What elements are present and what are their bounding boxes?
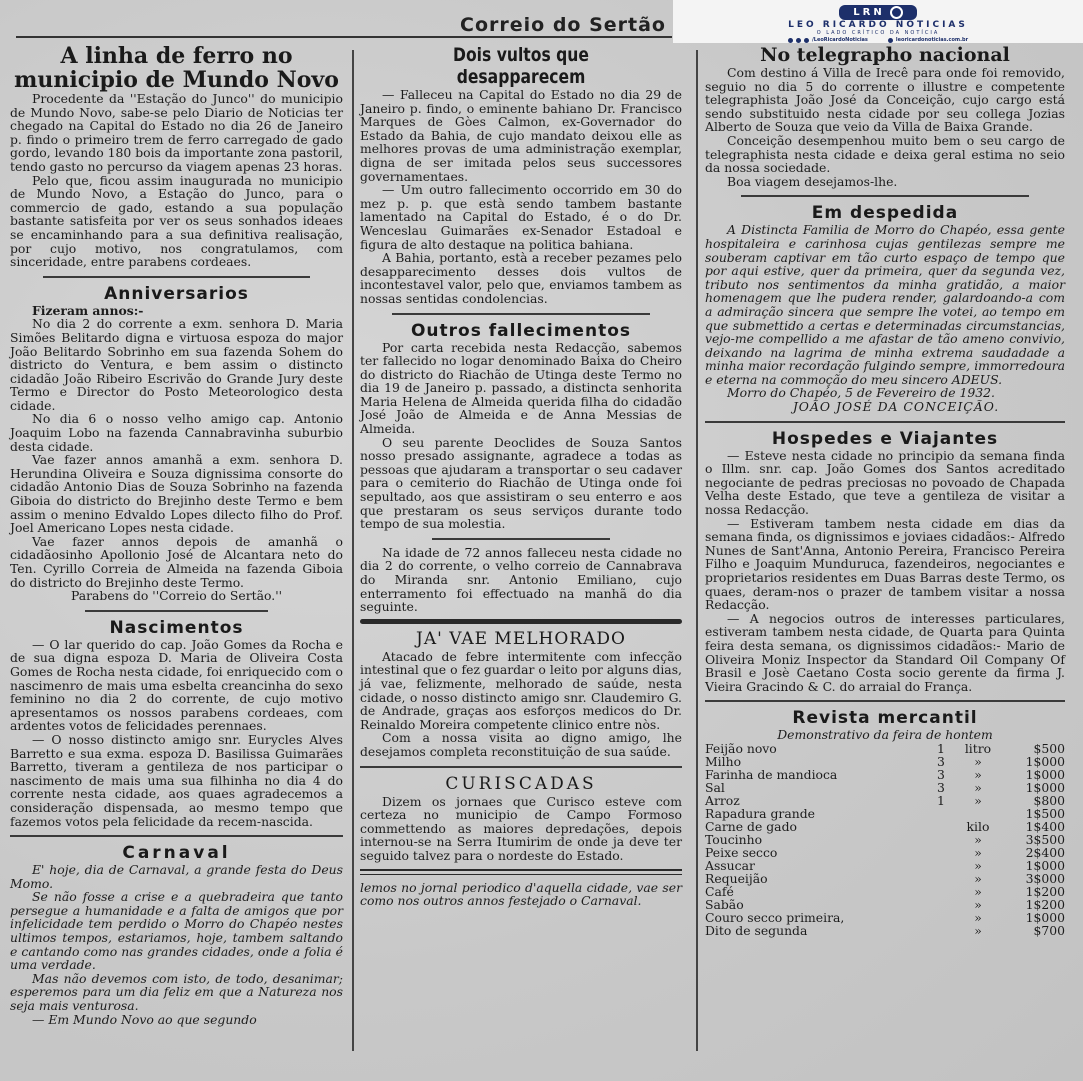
- price-qty: 3: [929, 781, 953, 794]
- price-unit: »: [953, 924, 1003, 937]
- separator: [432, 538, 609, 540]
- website-text: leoricardonoticias.com.br: [896, 36, 968, 44]
- price-unit: »: [953, 911, 1003, 924]
- price-row: Couro secco primeira,»1$000: [705, 911, 1065, 924]
- price-unit: »: [953, 833, 1003, 846]
- price-row: Carne de gadokilo1$400: [705, 820, 1065, 833]
- paragraph: Com a nossa visita ao digno amigo, lhe d…: [360, 731, 682, 758]
- article-title: Nascimentos: [10, 618, 343, 638]
- price-unit: »: [953, 885, 1003, 898]
- paragraph: Mas não devemos com isto, de todo, desan…: [10, 972, 343, 1013]
- article-births: Nascimentos — O lar querido do cap. João…: [10, 618, 343, 828]
- masthead-rule: [16, 36, 672, 38]
- price-unit: »: [953, 794, 1003, 807]
- price-row: Arroz1»$800: [705, 794, 1065, 807]
- price-item: Carne de gado: [705, 820, 929, 833]
- price-price: 1$000: [1003, 859, 1065, 872]
- article-farewell: Em despedida A Distincta Familia de Morr…: [705, 203, 1065, 413]
- market-subtitle: Demonstrativo da feira de hontem: [705, 728, 1065, 742]
- price-item: Feijão novo: [705, 742, 929, 755]
- price-unit: »: [953, 768, 1003, 781]
- price-item: Requeijão: [705, 872, 929, 885]
- price-unit: »: [953, 898, 1003, 911]
- closing: Parabens do ''Correio do Sertão.'': [10, 589, 343, 603]
- separator: [741, 195, 1029, 197]
- instagram-icon: [796, 38, 801, 43]
- article-title: Outros fallecimentos: [360, 321, 682, 341]
- price-price: 1$500: [1003, 807, 1065, 820]
- paragraph: — O nosso distincto amigo snr. Eurycles …: [10, 733, 343, 828]
- price-row: Feijão novo1litro$500: [705, 742, 1065, 755]
- price-price: 3$000: [1003, 872, 1065, 885]
- column-1: A linha de ferro no municipio de Mundo N…: [10, 44, 343, 1081]
- price-row: Sabão»1$200: [705, 898, 1065, 911]
- article-title: Anniversarios: [10, 284, 343, 304]
- price-qty: [929, 846, 953, 859]
- separator: [392, 313, 650, 315]
- price-item: Assucar: [705, 859, 929, 872]
- separator: [705, 421, 1065, 423]
- article-title: Carnaval: [10, 843, 343, 863]
- signature: JOÃO JOSÉ DA CONCEIÇÃO.: [705, 400, 1065, 414]
- paragraph: Vae fazer annos depois de amanhã o cidad…: [10, 535, 343, 589]
- paragraph: E' hoje, dia de Carnaval, a grande festa…: [10, 863, 343, 890]
- price-unit: »: [953, 859, 1003, 872]
- price-item: Milho: [705, 755, 929, 768]
- price-price: $700: [1003, 924, 1065, 937]
- paragraph: — A negocios outros de interesses partic…: [705, 612, 1065, 694]
- price-price: 1$200: [1003, 885, 1065, 898]
- price-unit: [953, 807, 1003, 820]
- article-market: Revista mercantil Demonstrativo da feira…: [705, 708, 1065, 937]
- article-title: Revista mercantil: [705, 708, 1065, 728]
- price-row: Café»1$200: [705, 885, 1065, 898]
- price-qty: 3: [929, 755, 953, 768]
- price-qty: [929, 911, 953, 924]
- price-row: Rapadura grande1$500: [705, 807, 1065, 820]
- paragraph: A Bahia, portanto, està a receber pezame…: [360, 251, 682, 305]
- facebook-icon: [788, 38, 793, 43]
- price-item: Café: [705, 885, 929, 898]
- article-title: JA' VAE MELHORADO: [360, 629, 682, 650]
- article-carnival: Carnaval E' hoje, dia de Carnaval, a gra…: [10, 843, 343, 1026]
- paragraph: No dia 2 do corrente a exm. senhora D. M…: [10, 317, 343, 412]
- price-price: 1$000: [1003, 781, 1065, 794]
- paragraph: Boa viagem desejamos-lhe.: [705, 175, 1065, 189]
- paragraph: Se não fosse a crise e a quebradeira que…: [10, 890, 343, 972]
- masthead: Correio do Sertão: [0, 0, 672, 40]
- price-price: 1$200: [1003, 898, 1065, 911]
- price-price: $500: [1003, 742, 1065, 755]
- price-price: 1$000: [1003, 911, 1065, 924]
- price-item: Farinha de mandioca: [705, 768, 929, 781]
- column-divider: [696, 50, 698, 1051]
- article-railway: A linha de ferro no municipio de Mundo N…: [10, 44, 343, 269]
- separator: [360, 766, 682, 768]
- paragraph: — Em Mundo Novo ao que segundo: [10, 1013, 343, 1027]
- price-unit: kilo: [953, 820, 1003, 833]
- price-qty: [929, 885, 953, 898]
- website: leoricardonoticias.com.br: [888, 36, 968, 44]
- logo-swirl-icon: [890, 6, 903, 19]
- price-item: Couro secco primeira,: [705, 911, 929, 924]
- price-row: Requeijão»3$000: [705, 872, 1065, 885]
- watermark-banner: LRN LEO RICARDO NOTICIAS O LADO CRÍTICO …: [673, 0, 1083, 43]
- paragraph: Por carta recebida nesta Redacção, sabem…: [360, 341, 682, 436]
- article-title: A linha de ferro no municipio de Mundo N…: [10, 44, 343, 92]
- price-row: Assucar»1$000: [705, 859, 1065, 872]
- price-row: Sal3»1$000: [705, 781, 1065, 794]
- price-qty: [929, 898, 953, 911]
- paragraph: — Falleceu na Capital do Estado no dia 2…: [360, 88, 682, 183]
- paragraph: — O lar querido do cap. João Gomes da Ro…: [10, 638, 343, 733]
- article-title: Dois vultos que desapparecem: [389, 44, 653, 88]
- price-qty: [929, 807, 953, 820]
- price-qty: 1: [929, 794, 953, 807]
- price-row: Dito de segunda»$700: [705, 924, 1065, 937]
- article-title: Hospedes e Viajantes: [705, 429, 1065, 449]
- price-qty: [929, 924, 953, 937]
- separator: [10, 835, 343, 837]
- price-item: Arroz: [705, 794, 929, 807]
- price-row: Toucinho»3$500: [705, 833, 1065, 846]
- youtube-icon: [804, 38, 809, 43]
- separator: [360, 869, 682, 875]
- article-title: No telegrapho nacional: [705, 44, 1065, 66]
- article-birthdays: Anniversarios Fizeram annos:- No dia 2 d…: [10, 284, 343, 603]
- paragraph: Procedente da ''Estação do Junco'' do mu…: [10, 92, 343, 174]
- price-item: Sal: [705, 781, 929, 794]
- column-3: No telegrapho nacional Com destino á Vil…: [705, 44, 1065, 1081]
- price-item: Sabão: [705, 898, 929, 911]
- price-qty: [929, 872, 953, 885]
- column-2: Dois vultos que desapparecem — Falleceu …: [360, 44, 682, 1081]
- price-item: Toucinho: [705, 833, 929, 846]
- price-qty: [929, 833, 953, 846]
- article-curiscadas: CURISCADAS Dizem os jornaes que Curisco …: [360, 774, 682, 863]
- logo-text: LRN: [853, 7, 884, 18]
- newspaper-name: Correio do Sertão: [460, 14, 666, 36]
- paragraph: Com destino á Villa de Irecê para onde f…: [705, 66, 1065, 134]
- price-price: 3$500: [1003, 833, 1065, 846]
- paragraph: Pelo que, ficou assim inaugurada no muni…: [10, 174, 343, 269]
- price-qty: 1: [929, 742, 953, 755]
- paragraph: Vae fazer annos amanhã a exm. senhora D.…: [10, 453, 343, 535]
- article-other-deaths: Outros fallecimentos Por carta recebida …: [360, 321, 682, 614]
- article-telegraph: No telegrapho nacional Com destino á Vil…: [705, 44, 1065, 188]
- price-price: 1$000: [1003, 755, 1065, 768]
- intro: Fizeram annos:-: [10, 304, 343, 318]
- dateline: Morro do Chapéo, 5 de Fevereiro de 1932.: [705, 386, 1065, 400]
- price-item: Dito de segunda: [705, 924, 929, 937]
- column-divider: [352, 50, 354, 1051]
- article-title: Em despedida: [705, 203, 1065, 223]
- paragraph: — Um outro fallecimento occorrido em 30 …: [360, 183, 682, 251]
- price-unit: litro: [953, 742, 1003, 755]
- social-handle: /LeoRicardoNoticias: [788, 36, 868, 44]
- separator: [360, 619, 682, 624]
- lrn-logo: LRN: [839, 5, 916, 20]
- price-table: Feijão novo1litro$500Milho3»1$000Farinha…: [705, 742, 1065, 937]
- carnival-continuation: lemos no jornal periodico d'aquella cida…: [360, 881, 682, 908]
- paragraph: — Esteve nesta cidade no principio da se…: [705, 449, 1065, 517]
- paragraph: No dia 6 o nosso velho amigo cap. Antoni…: [10, 412, 343, 453]
- price-unit: »: [953, 781, 1003, 794]
- article-deaths: Dois vultos que desapparecem — Falleceu …: [360, 44, 682, 306]
- price-row: Peixe secco»2$400: [705, 846, 1065, 859]
- price-unit: »: [953, 846, 1003, 859]
- paragraph: — Estiveram tambem nesta cidade em dias …: [705, 517, 1065, 612]
- social-links: /LeoRicardoNoticias leoricardonoticias.c…: [673, 36, 1083, 44]
- price-unit: »: [953, 755, 1003, 768]
- paragraph: Conceição desempenhou muito bem o seu ca…: [705, 134, 1065, 175]
- globe-icon: [888, 38, 893, 43]
- price-price: 1$400: [1003, 820, 1065, 833]
- article-title: CURISCADAS: [360, 774, 682, 795]
- paragraph: A Distincta Familia de Morro do Chapéo, …: [705, 223, 1065, 386]
- price-qty: [929, 820, 953, 833]
- price-row: Farinha de mandioca3»1$000: [705, 768, 1065, 781]
- price-price: 1$000: [1003, 768, 1065, 781]
- paragraph: Dizem os jornaes que Curisco esteve com …: [360, 795, 682, 863]
- price-qty: [929, 859, 953, 872]
- price-unit: »: [953, 872, 1003, 885]
- article-guests: Hospedes e Viajantes — Esteve nesta cida…: [705, 429, 1065, 694]
- price-item: Peixe secco: [705, 846, 929, 859]
- price-qty: 3: [929, 768, 953, 781]
- price-price: 2$400: [1003, 846, 1065, 859]
- paragraph: O seu parente Deoclides de Souza Santos …: [360, 436, 682, 531]
- price-price: $800: [1003, 794, 1065, 807]
- article-recovery: JA' VAE MELHORADO Atacado de febre inter…: [360, 629, 682, 759]
- price-item: Rapadura grande: [705, 807, 929, 820]
- separator: [705, 700, 1065, 702]
- price-row: Milho3»1$000: [705, 755, 1065, 768]
- social-handle-text: /LeoRicardoNoticias: [812, 36, 868, 44]
- separator: [43, 276, 309, 278]
- paragraph: Na idade de 72 annos falleceu nesta cida…: [360, 546, 682, 614]
- site-name: LEO RICARDO NOTICIAS: [673, 20, 1083, 30]
- paragraph: Atacado de febre intermitente com infecç…: [360, 650, 682, 732]
- separator: [85, 610, 268, 612]
